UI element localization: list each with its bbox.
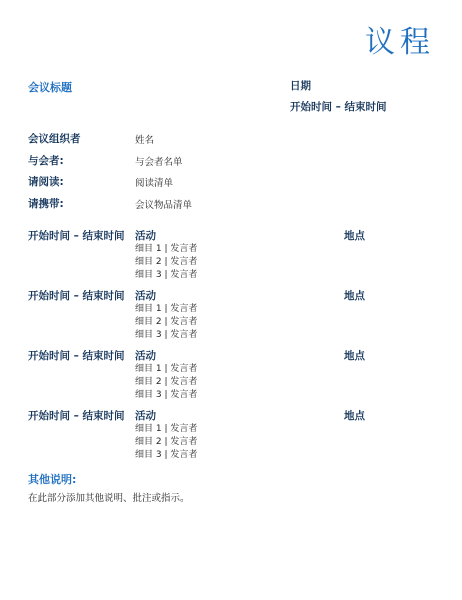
agenda-item[interactable]: 细目 2 | 发言者 [135,376,197,389]
agenda-item[interactable]: 细目 2 | 发言者 [135,316,197,329]
organizer-value-placeholder[interactable]: 姓名 [135,131,154,146]
section-1-time-placeholder[interactable]: 开始时间 – 结束时间 [28,228,125,243]
section-1-items: 细目 1 | 发言者 细目 2 | 发言者 细目 3 | 发言者 [135,243,197,282]
organizer-label: 会议组织者 [28,131,135,146]
agenda-item[interactable]: 细目 3 | 发言者 [135,389,197,402]
time-range-placeholder[interactable]: 开始时间 – 结束时间 [290,99,387,114]
agenda-section-2: 开始时间 – 结束时间 活动 地点 细目 1 | 发言者 细目 2 | 发言者 … [28,288,434,348]
section-4-location-placeholder[interactable]: 地点 [344,408,365,423]
other-notes-section: 其他说明: 在此部分添加其他说明、批注或指示。 [28,471,428,504]
agenda-section-4: 开始时间 – 结束时间 活动 地点 细目 1 | 发言者 细目 2 | 发言者 … [28,408,434,468]
section-3-time-placeholder[interactable]: 开始时间 – 结束时间 [28,348,125,363]
please-read-label: 请阅读: [28,174,135,189]
page-title: 议程 [365,28,435,58]
agenda-item[interactable]: 细目 3 | 发言者 [135,269,197,282]
agenda-section-3: 开始时间 – 结束时间 活动 地点 细目 1 | 发言者 细目 2 | 发言者 … [28,348,434,408]
meeting-info-section: 会议组织者姓名 与会者:与会者名单 请阅读:阅读清单 请携带:会议物品清单 [28,131,428,217]
section-4-items: 细目 1 | 发言者 细目 2 | 发言者 细目 3 | 发言者 [135,423,197,462]
other-notes-label: 其他说明: [28,471,428,487]
attendees-value-placeholder[interactable]: 与会者名单 [135,153,183,168]
section-2-activity-placeholder[interactable]: 活动 [135,288,156,303]
section-3-activity-placeholder[interactable]: 活动 [135,348,156,363]
agenda-item[interactable]: 细目 1 | 发言者 [135,303,197,316]
agenda-item[interactable]: 细目 2 | 发言者 [135,436,197,449]
section-3-items: 细目 1 | 发言者 细目 2 | 发言者 细目 3 | 发言者 [135,363,197,402]
section-2-items: 细目 1 | 发言者 细目 2 | 发言者 细目 3 | 发言者 [135,303,197,342]
agenda-document-page: 议程 会议标题 日期 开始时间 – 结束时间 会议组织者姓名 与会者:与会者名单… [0,0,462,600]
info-row-attendees: 与会者:与会者名单 [28,153,428,175]
info-row-please-read: 请阅读:阅读清单 [28,174,428,196]
agenda-section-1: 开始时间 – 结束时间 活动 地点 细目 1 | 发言者 细目 2 | 发言者 … [28,228,434,288]
please-read-value-placeholder[interactable]: 阅读清单 [135,174,173,189]
agenda-item[interactable]: 细目 3 | 发言者 [135,329,197,342]
section-4-activity-placeholder[interactable]: 活动 [135,408,156,423]
info-row-organizer: 会议组织者姓名 [28,131,428,153]
please-bring-value-placeholder[interactable]: 会议物品清单 [135,196,192,211]
agenda-item[interactable]: 细目 1 | 发言者 [135,423,197,436]
date-placeholder[interactable]: 日期 [290,78,311,93]
please-bring-label: 请携带: [28,196,135,211]
section-1-activity-placeholder[interactable]: 活动 [135,228,156,243]
agenda-sections: 开始时间 – 结束时间 活动 地点 细目 1 | 发言者 细目 2 | 发言者 … [28,228,434,468]
section-4-time-placeholder[interactable]: 开始时间 – 结束时间 [28,408,125,423]
info-row-please-bring: 请携带:会议物品清单 [28,196,428,218]
agenda-item[interactable]: 细目 3 | 发言者 [135,449,197,462]
meeting-title-placeholder[interactable]: 会议标题 [28,79,72,95]
attendees-label: 与会者: [28,153,135,168]
section-2-time-placeholder[interactable]: 开始时间 – 结束时间 [28,288,125,303]
section-3-location-placeholder[interactable]: 地点 [344,348,365,363]
section-2-location-placeholder[interactable]: 地点 [344,288,365,303]
agenda-item[interactable]: 细目 1 | 发言者 [135,243,197,256]
other-notes-description[interactable]: 在此部分添加其他说明、批注或指示。 [28,490,428,504]
agenda-item[interactable]: 细目 1 | 发言者 [135,363,197,376]
agenda-item[interactable]: 细目 2 | 发言者 [135,256,197,269]
section-1-location-placeholder[interactable]: 地点 [344,228,365,243]
